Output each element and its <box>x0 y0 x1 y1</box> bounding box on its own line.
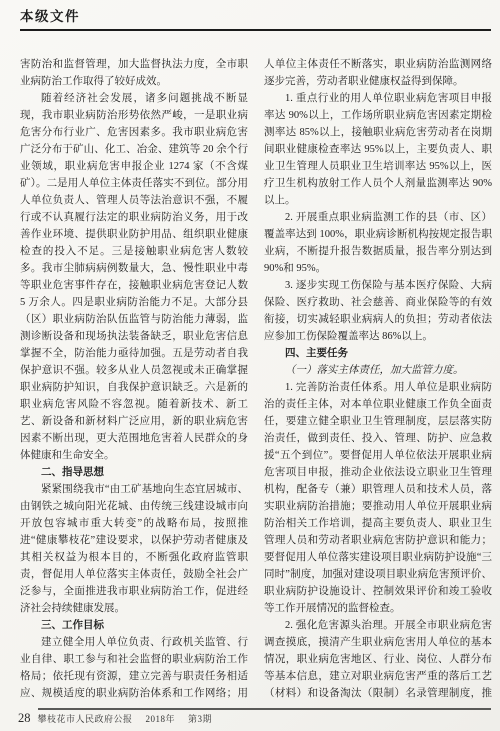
paragraph: 1. 完善防治责任体系。用人单位是职业病防治的责任主体，对本单位职业健康工作负全… <box>264 379 492 617</box>
page-header: 本级文件 <box>20 5 491 31</box>
paragraph: （一）落实主体责任，加大监管力度。 <box>264 362 492 379</box>
paragraph: 随着经济社会发展，诸多问题挑战不断显现，我市职业病防治形势依然严峻，一是职业病危… <box>20 90 248 464</box>
paragraph: 1. 重点行业的用人单位职业病危害项目申报率达 90%以上，工作场所职业病危害因… <box>264 90 492 209</box>
paragraph: 3. 逐步实现工伤保险与基本医疗保险、大病保险、医疗救助、社会慈善、商业保险等的… <box>264 277 492 345</box>
paragraph: 害防治和监督管理，加大监督执法力度，全市职业病防治工作取得了较好成效。 <box>20 56 248 90</box>
header-section-label: 本级文件 <box>20 9 80 24</box>
paragraph: 紧紧围绕我市“由工矿基地向生态宜居城市、由钢铁之城向阳光花城、由传统三线建设城市… <box>20 481 248 617</box>
section-heading: 二、指导思想 <box>20 464 248 481</box>
page-footer: 28 攀枝花市人民政府公报 2018年 第3期 <box>18 708 491 725</box>
content-columns: 害防治和监督管理，加大监督执法力度，全市职业病防治工作取得了较好成效。随着经济社… <box>20 56 492 708</box>
footer-issue: 第3期 <box>188 712 212 725</box>
footer-journal-name: 攀枝花市人民政府公报 <box>38 712 133 725</box>
page-number: 28 <box>18 711 31 726</box>
gazette-page: 本级文件 害防治和监督管理，加大监督执法力度，全市职业病防治工作取得了较好成效。… <box>0 0 500 731</box>
footer-rule: 攀枝花市人民政府公报 2018年 第3期 <box>38 708 492 725</box>
section-heading: 三、工作目标 <box>20 617 248 634</box>
section-heading: 四、主要任务 <box>264 345 492 362</box>
paragraph: 2. 开展重点职业病监测工作的县（市、区）覆盖率达到 100%，职业病诊断机构按… <box>264 209 492 277</box>
footer-year: 2018年 <box>146 712 176 725</box>
